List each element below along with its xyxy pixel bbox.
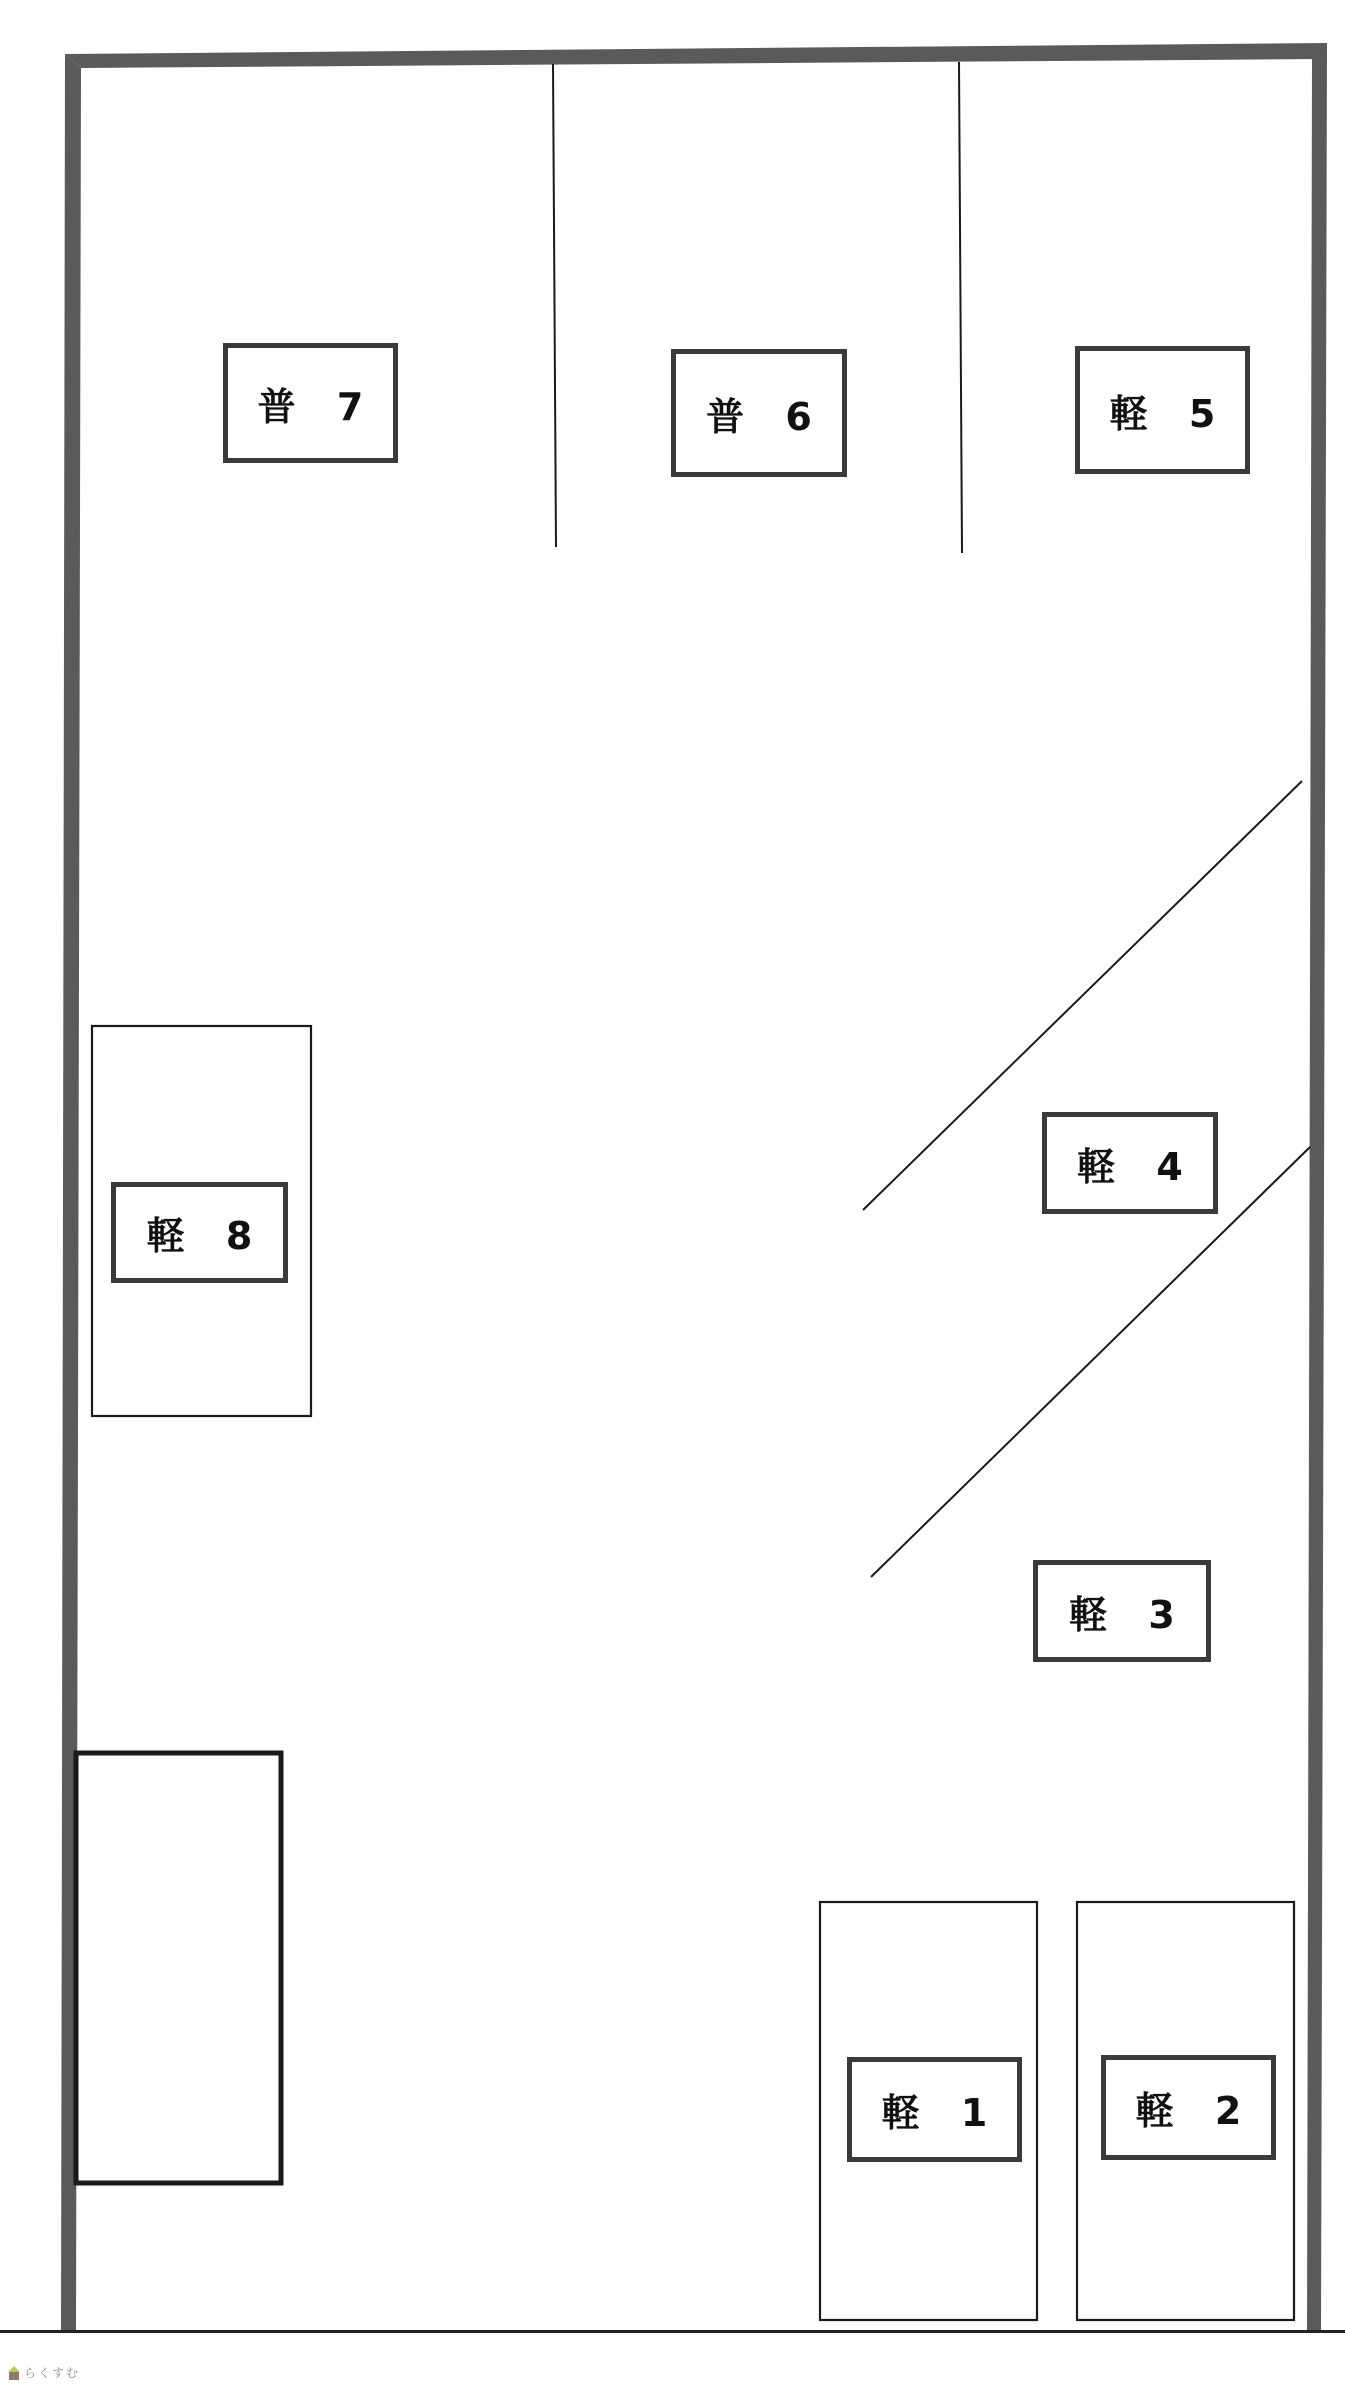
house-logo-icon — [8, 2366, 20, 2380]
space-label-3: 軽 3 — [1033, 1560, 1211, 1662]
brand-name: らくすむ — [24, 2364, 80, 2381]
structure-box — [76, 1753, 281, 2183]
space-label-1: 軽 1 — [847, 2057, 1022, 2162]
divider-6-5 — [959, 62, 962, 553]
divider-7-6 — [553, 64, 556, 547]
space-label-6: 普 6 — [671, 349, 847, 477]
space-label-4: 軽 4 — [1042, 1112, 1218, 1214]
wall-right — [1307, 43, 1327, 2332]
space-label-7: 普 7 — [223, 343, 398, 463]
brand-logo: らくすむ — [8, 2364, 80, 2381]
wall-top — [65, 43, 1327, 68]
space-label-8: 軽 8 — [111, 1182, 288, 1283]
space-label-2: 軽 2 — [1101, 2055, 1276, 2160]
ground-line — [0, 2330, 1345, 2333]
space-label-5: 軽 5 — [1075, 346, 1250, 474]
